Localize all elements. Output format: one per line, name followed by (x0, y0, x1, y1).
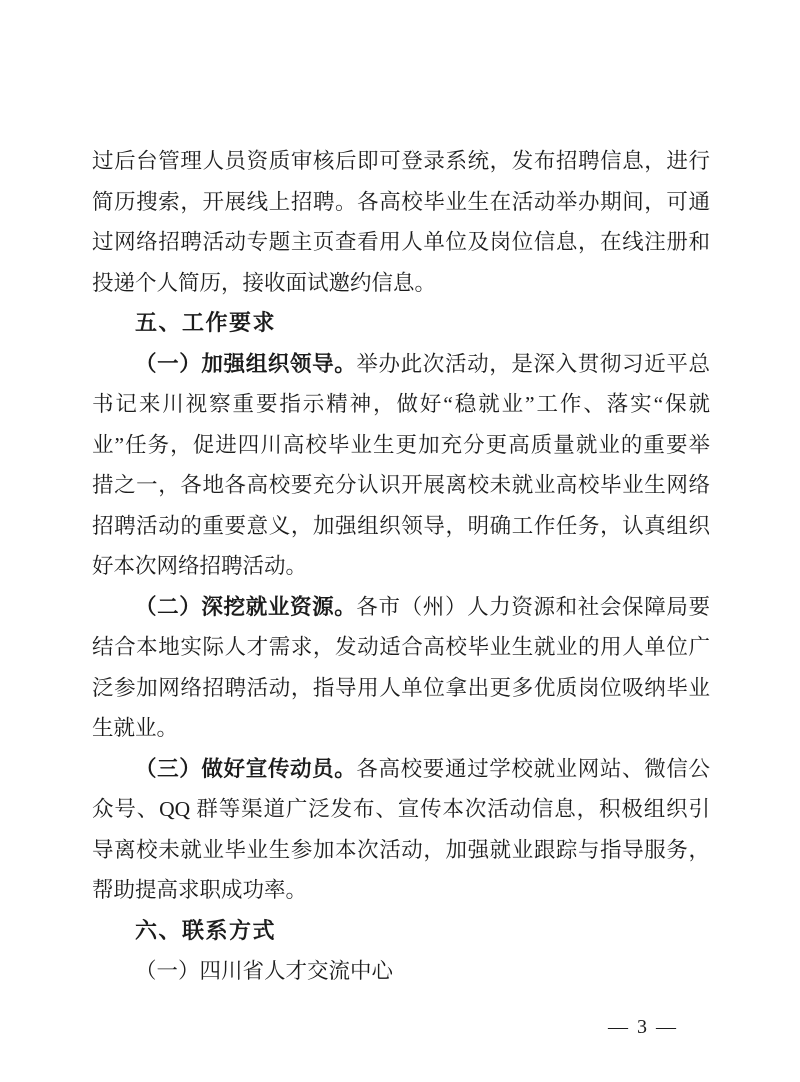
section-heading-5: 五、工作要求 (92, 303, 710, 344)
document-body: 过后台管理人员资质审核后即可登录系统，发布招聘信息，进行简历搜索，开展线上招聘。… (92, 141, 710, 992)
text-segment: 泛参加网络招聘活动，指导用人单位拿出更多优质岗位吸纳毕业 (92, 676, 710, 700)
paragraph-lead-line: （三）做好宣传动员。各高校要通过学校就业网站、微信公 (92, 749, 710, 790)
body-line: 泛参加网络招聘活动，指导用人单位拿出更多优质岗位吸纳毕业 (92, 668, 710, 709)
text-segment: 举办此次活动，是深入贯彻习近平总 (356, 352, 710, 376)
body-line: 措之一，各地各高校要充分认识开展离校未就业高校毕业生网络 (92, 465, 710, 506)
paragraph-lead-text: （二）深挖就业资源。 (135, 595, 356, 619)
section-heading-text: 五、工作要求 (135, 310, 276, 335)
body-line: 书记来川视察重要指示精神，做好“稳就业”工作、落实“保就 (92, 384, 710, 425)
text-segment: 业”任务，促进四川高校毕业生更加充分更高质量就业的重要举 (92, 433, 710, 457)
text-segment: 各高校要通过学校就业网站、微信公 (356, 757, 710, 781)
paragraph-lead-text: （一）加强组织领导。 (135, 352, 356, 376)
text-segment: 众号、QQ 群等渠道广泛发布、宣传本次活动信息，积极组织引 (92, 797, 710, 821)
body-line: 投递个人简历，接收面试邀约信息。 (92, 263, 710, 304)
text-segment: 投递个人简历，接收面试邀约信息。 (92, 271, 436, 295)
text-segment: 书记来川视察重要指示精神，做好“稳就业”工作、落实“保就 (92, 392, 710, 416)
text-segment: 各市（州）人力资源和社会保障局要 (356, 595, 710, 619)
text-segment: 帮助提高求职成功率。 (92, 878, 307, 902)
body-line: 生就业。 (92, 708, 710, 749)
body-line: 好本次网络招聘活动。 (92, 546, 710, 587)
text-segment: 好本次网络招聘活动。 (92, 554, 307, 578)
text-segment: 导离校未就业毕业生参加本次活动，加强就业跟踪与指导服务， (92, 838, 710, 862)
text-segment: 结合本地实际人才需求，发动适合高校毕业生就业的用人单位广 (92, 635, 710, 659)
text-segment: 措之一，各地各高校要充分认识开展离校未就业高校毕业生网络 (92, 473, 710, 497)
body-line: 简历搜索，开展线上招聘。各高校毕业生在活动举办期间，可通 (92, 182, 710, 223)
body-line: 导离校未就业毕业生参加本次活动，加强就业跟踪与指导服务， (92, 830, 710, 871)
body-line: 过后台管理人员资质审核后即可登录系统，发布招聘信息，进行 (92, 141, 710, 182)
text-segment: 招聘活动的重要意义，加强组织领导，明确工作任务，认真组织 (92, 514, 710, 538)
page-number: — 3 — (608, 1012, 698, 1042)
contact-item-line: （一）四川省人才交流中心 (92, 951, 710, 992)
text-segment: 生就业。 (92, 716, 178, 740)
body-line: 帮助提高求职成功率。 (92, 870, 710, 911)
section-heading-6: 六、联系方式 (92, 911, 710, 952)
body-line: 业”任务，促进四川高校毕业生更加充分更高质量就业的重要举 (92, 425, 710, 466)
paragraph-lead-line: （二）深挖就业资源。各市（州）人力资源和社会保障局要 (92, 587, 710, 628)
text-segment: 过后台管理人员资质审核后即可登录系统，发布招聘信息，进行 (92, 149, 710, 173)
body-line: 众号、QQ 群等渠道广泛发布、宣传本次活动信息，积极组织引 (92, 789, 710, 830)
body-line: 招聘活动的重要意义，加强组织领导，明确工作任务，认真组织 (92, 506, 710, 547)
text-segment: 简历搜索，开展线上招聘。各高校毕业生在活动举办期间，可通 (92, 190, 710, 214)
paragraph-lead-line: （一）加强组织领导。举办此次活动，是深入贯彻习近平总 (92, 344, 710, 385)
text-segment: 过网络招聘活动专题主页查看用人单位及岗位信息，在线注册和 (92, 230, 710, 254)
text-segment: （一）四川省人才交流中心 (135, 959, 393, 983)
body-line: 过网络招聘活动专题主页查看用人单位及岗位信息，在线注册和 (92, 222, 710, 263)
body-line: 结合本地实际人才需求，发动适合高校毕业生就业的用人单位广 (92, 627, 710, 668)
paragraph-lead-text: （三）做好宣传动员。 (135, 757, 356, 781)
section-heading-text: 六、联系方式 (135, 918, 276, 943)
document-page: 过后台管理人员资质审核后即可登录系统，发布招聘信息，进行简历搜索，开展线上招聘。… (0, 0, 800, 1082)
